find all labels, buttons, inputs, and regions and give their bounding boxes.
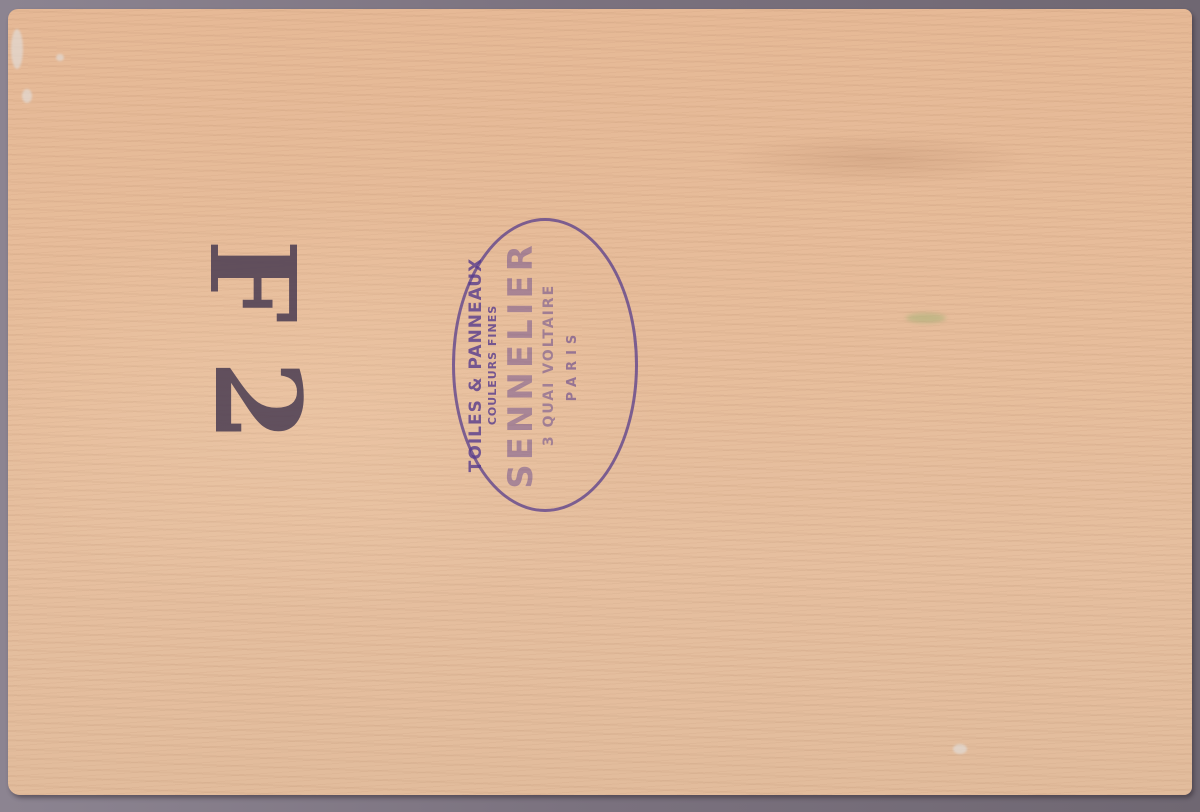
size-letter: F (193, 239, 311, 323)
supplier-stamp: TOILES & PANNEAUX COULEURS FINES SENNELI… (452, 218, 638, 512)
canvas-size-mark: F 2 (190, 222, 330, 422)
stamp-line-address: 3 QUAI VOLTAIRE (541, 230, 557, 500)
stain (906, 313, 946, 323)
paint-spot (56, 54, 64, 61)
paint-spot (11, 29, 23, 69)
stamp-line-products: TOILES & PANNEAUX (466, 230, 486, 500)
stamp-text: TOILES & PANNEAUX COULEURS FINES SENNELI… (460, 230, 630, 500)
stamp-line-brand: SENNELIER (501, 230, 541, 500)
size-number: 2 (198, 360, 316, 442)
paint-spot (953, 744, 967, 754)
paint-spot (22, 89, 32, 103)
stamp-line-colors: COULEURS FINES (486, 230, 499, 500)
stamp-line-city: PARIS (565, 230, 580, 500)
